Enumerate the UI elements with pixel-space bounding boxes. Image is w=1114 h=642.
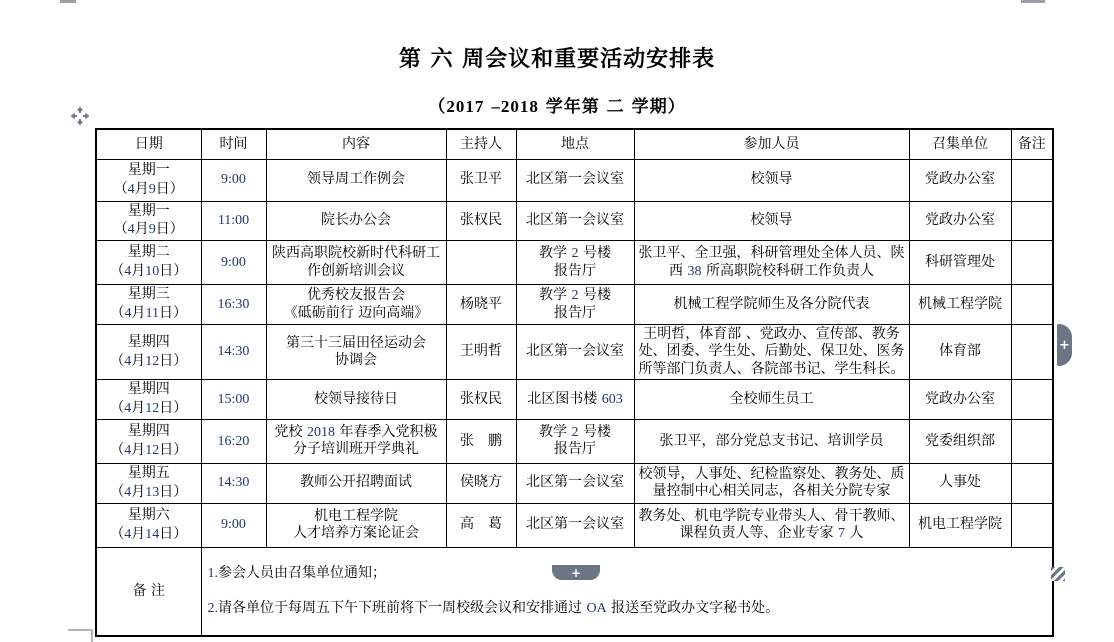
cell-location[interactable]: 教学 2 号楼报告厅 (516, 285, 634, 325)
cell-content[interactable]: 陕西高职院校新时代科研工作创新培训会议 (266, 241, 446, 285)
cell-date[interactable]: 星期六（4月14日） (96, 503, 201, 547)
remarks-label[interactable]: 备 注 (96, 547, 201, 636)
top-left-edge-mark (60, 0, 76, 3)
cell-organizer[interactable]: 机电工程学院 (909, 503, 1011, 547)
cell-remark[interactable] (1011, 380, 1053, 420)
plus-icon: + (1059, 338, 1070, 353)
cell-date[interactable]: 星期一（4月9日） (96, 159, 201, 201)
add-row-handle[interactable]: + (552, 565, 600, 580)
table-row: 星期四（4月12日） 14:30 第三十三届田径运动会协调会 王明哲 北区第一会… (96, 325, 1053, 380)
cell-remark[interactable] (1011, 241, 1053, 285)
table-row: 星期四（4月12日） 15:00 校领导接待日 张权民 北区图书楼 603 全校… (96, 380, 1053, 420)
cell-participants[interactable]: 校领导，人事处、纪检监察处、教务处、质量控制中心相关同志，各相关分院专家 (634, 463, 909, 503)
cell-participants[interactable]: 全校师生员工 (634, 380, 909, 420)
cell-organizer[interactable]: 党政办公室 (909, 380, 1011, 420)
cell-content[interactable]: 领导周工作例会 (266, 159, 446, 201)
col-header-location[interactable]: 地点 (516, 129, 634, 159)
cell-date[interactable]: 星期五（4月13日） (96, 463, 201, 503)
col-header-content[interactable]: 内容 (266, 129, 446, 159)
add-column-handle[interactable]: + (1057, 324, 1072, 366)
col-header-participants[interactable]: 参加人员 (634, 129, 909, 159)
table-row: 星期二（4月10日） 9:00 陕西高职院校新时代科研工作创新培训会议 教学 2… (96, 241, 1053, 285)
cell-content[interactable]: 教师公开招聘面试 (266, 463, 446, 503)
cell-host[interactable]: 侯晓方 (446, 463, 516, 503)
page-margin-mark (91, 629, 93, 642)
cell-host[interactable] (446, 241, 516, 285)
cell-remark[interactable] (1011, 325, 1053, 380)
cell-location[interactable]: 北区第一会议室 (516, 463, 634, 503)
cell-content[interactable]: 机电工程学院人才培养方案论证会 (266, 503, 446, 547)
schedule-table: 日期 时间 内容 主持人 地点 参加人员 召集单位 备注 星期一（4月9日） 9… (95, 128, 1054, 637)
col-header-remark[interactable]: 备注 (1011, 129, 1053, 159)
cell-date[interactable]: 星期四（4月12日） (96, 380, 201, 420)
cell-participants[interactable]: 校领导 (634, 159, 909, 201)
cell-remark[interactable] (1011, 463, 1053, 503)
plus-icon: + (571, 567, 581, 579)
cell-date[interactable]: 星期一（4月9日） (96, 201, 201, 241)
remarks-note-2[interactable]: 2.请各单位于每周五下午下班前将下一周校级会议和安排通过 OA 报送至党政办文字… (208, 600, 1050, 618)
cell-time[interactable]: 9:00 (201, 241, 266, 285)
cell-participants[interactable]: 教务处、机电学院专业带头人、骨干教师、课程负责人等、企业专家 7 人 (634, 503, 909, 547)
cell-remark[interactable] (1011, 285, 1053, 325)
cell-time[interactable]: 9:00 (201, 503, 266, 547)
cell-organizer[interactable]: 体育部 (909, 325, 1011, 380)
cell-participants[interactable]: 机械工程学院师生及各分院代表 (634, 285, 909, 325)
col-header-time[interactable]: 时间 (201, 129, 266, 159)
cell-content[interactable]: 党校 2018 年春季入党积极分子培训班开学典礼 (266, 419, 446, 463)
cell-time[interactable]: 9:00 (201, 159, 266, 201)
cell-organizer[interactable]: 科研管理处 (909, 241, 1011, 285)
table-row: 星期一（4月9日） 11:00 院长办公会 张权民 北区第一会议室 校领导 党政… (96, 201, 1053, 241)
col-header-organizer[interactable]: 召集单位 (909, 129, 1011, 159)
cell-time[interactable]: 14:30 (201, 463, 266, 503)
remarks-notes[interactable]: 1.参会人员由召集单位通知； 2.请各单位于每周五下午下班前将下一周校级会议和安… (201, 547, 1053, 636)
col-header-host[interactable]: 主持人 (446, 129, 516, 159)
cell-content[interactable]: 第三十三届田径运动会协调会 (266, 325, 446, 380)
page-margin-mark (68, 629, 93, 631)
cell-time[interactable]: 15:00 (201, 380, 266, 420)
cell-location[interactable]: 北区第一会议室 (516, 503, 634, 547)
cell-location[interactable]: 教学 2 号楼报告厅 (516, 241, 634, 285)
cell-participants[interactable]: 张卫平、全卫强，科研管理处全体人员、陕西 38 所高职院校科研工作负责人 (634, 241, 909, 285)
cell-host[interactable]: 张权民 (446, 201, 516, 241)
cell-content[interactable]: 优秀校友报告会《砥砺前行 迈向高端》 (266, 285, 446, 325)
cell-host[interactable]: 高 葛 (446, 503, 516, 547)
cell-host[interactable]: 张权民 (446, 380, 516, 420)
cell-content[interactable]: 院长办公会 (266, 201, 446, 241)
document-page: 第 六 周会议和重要活动安排表 （2017 –2018 学年第 二 学期） 日期… (0, 0, 1114, 642)
table-row: 星期四（4月12日） 16:20 党校 2018 年春季入党积极分子培训班开学典… (96, 419, 1053, 463)
top-right-edge-mark (1021, 0, 1045, 3)
page-subtitle[interactable]: （2017 –2018 学年第 二 学期） (0, 92, 1114, 117)
cell-organizer[interactable]: 党政办公室 (909, 159, 1011, 201)
col-header-date[interactable]: 日期 (96, 129, 201, 159)
cell-organizer[interactable]: 机械工程学院 (909, 285, 1011, 325)
cell-organizer[interactable]: 人事处 (909, 463, 1011, 503)
header-row: 日期 时间 内容 主持人 地点 参加人员 召集单位 备注 (96, 129, 1053, 159)
cell-location[interactable]: 北区第一会议室 (516, 325, 634, 380)
table-move-handle-icon[interactable] (70, 106, 90, 126)
cell-time[interactable]: 14:30 (201, 325, 266, 380)
remarks-row: 备 注 1.参会人员由召集单位通知； 2.请各单位于每周五下午下班前将下一周校级… (96, 547, 1053, 636)
cell-time[interactable]: 16:30 (201, 285, 266, 325)
cell-host[interactable]: 张 鹏 (446, 419, 516, 463)
cell-remark[interactable] (1011, 419, 1053, 463)
cell-content[interactable]: 校领导接待日 (266, 380, 446, 420)
cell-organizer[interactable]: 党政办公室 (909, 201, 1011, 241)
cell-date[interactable]: 星期二（4月10日） (96, 241, 201, 285)
cell-location[interactable]: 北区第一会议室 (516, 201, 634, 241)
page-title[interactable]: 第 六 周会议和重要活动安排表 (0, 42, 1114, 73)
table-row: 星期三（4月11日） 16:30 优秀校友报告会《砥砺前行 迈向高端》 杨晓平 … (96, 285, 1053, 325)
cell-date[interactable]: 星期四（4月12日） (96, 419, 201, 463)
cell-location[interactable]: 北区第一会议室 (516, 159, 634, 201)
cell-location[interactable]: 教学 2 号楼报告厅 (516, 419, 634, 463)
cell-location[interactable]: 北区图书楼 603 (516, 380, 634, 420)
cell-remark[interactable] (1011, 159, 1053, 201)
table-row: 星期一（4月9日） 9:00 领导周工作例会 张卫平 北区第一会议室 校领导 党… (96, 159, 1053, 201)
table-row: 星期六（4月14日） 9:00 机电工程学院人才培养方案论证会 高 葛 北区第一… (96, 503, 1053, 547)
cell-date[interactable]: 星期三（4月11日） (96, 285, 201, 325)
cell-participants[interactable]: 王明哲，体育部 、党政办、宣传部、教务处、团委、学生处、后勤处、保卫处、医务所等… (634, 325, 909, 380)
cell-date[interactable]: 星期四（4月12日） (96, 325, 201, 380)
cell-time[interactable]: 11:00 (201, 201, 266, 241)
cell-host[interactable]: 杨晓平 (446, 285, 516, 325)
cell-organizer[interactable]: 党委组织部 (909, 419, 1011, 463)
cell-remark[interactable] (1011, 201, 1053, 241)
cell-time[interactable]: 16:20 (201, 419, 266, 463)
remarks-note-1[interactable]: 1.参会人员由召集单位通知； (208, 565, 1050, 583)
cell-host[interactable]: 张卫平 (446, 159, 516, 201)
cell-participants[interactable]: 校领导 (634, 201, 909, 241)
cell-host[interactable]: 王明哲 (446, 325, 516, 380)
cell-remark[interactable] (1011, 503, 1053, 547)
table-resize-handle-icon[interactable] (1051, 567, 1065, 581)
cell-participants[interactable]: 张卫平，部分党总支书记、培训学员 (634, 419, 909, 463)
table-row: 星期五（4月13日） 14:30 教师公开招聘面试 侯晓方 北区第一会议室 校领… (96, 463, 1053, 503)
